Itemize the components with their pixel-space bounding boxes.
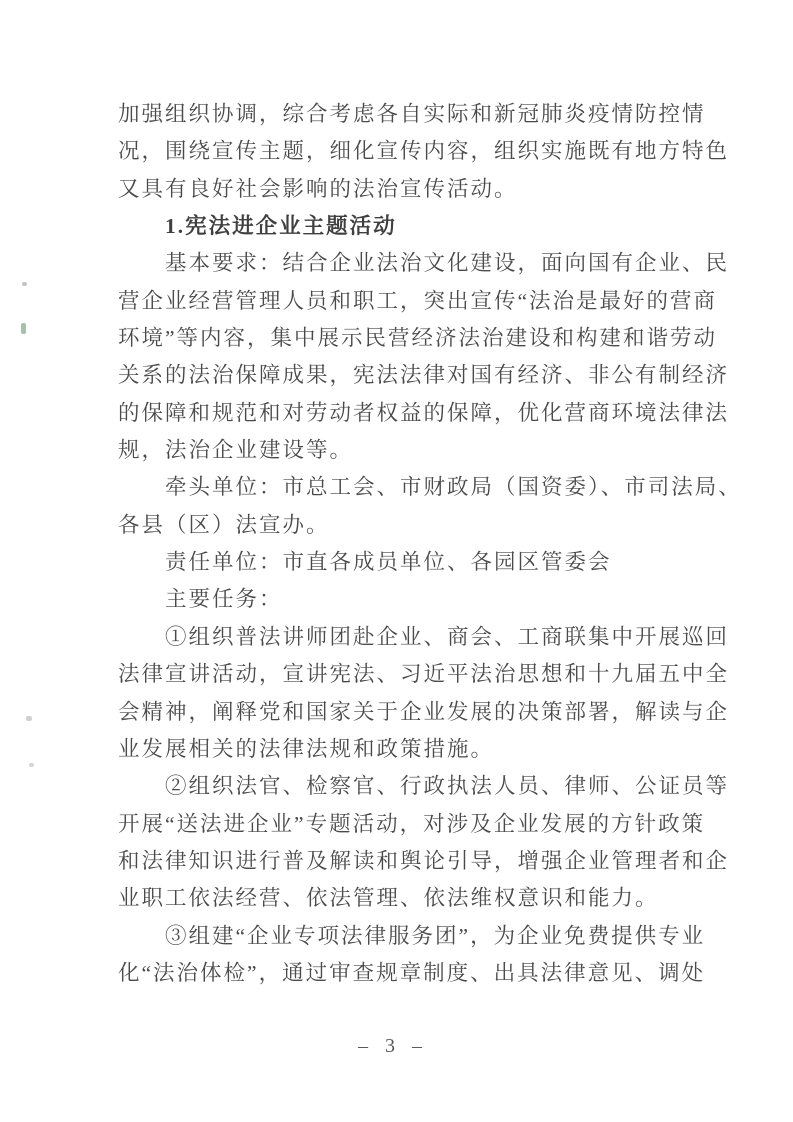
text-line: 主要任务：: [118, 581, 688, 618]
text-line: 化“法治体检”，通过审查规章制度、出具法律意见、调处: [118, 955, 688, 992]
text-line: 开展“送法进企业”专题活动，对涉及企业发展的方针政策: [118, 806, 688, 843]
scan-speck: [22, 282, 27, 286]
scan-speck: [21, 323, 26, 334]
section-heading: 1.宪法进企业主题活动: [118, 208, 688, 245]
document-page: 加强组织协调，综合考虑各自实际和新冠肺炎疫情防控情 况，围绕宣传主题，细化宣传内…: [0, 0, 793, 1122]
text-line: ②组织法官、检察官、行政执法人员、律师、公证员等: [118, 768, 688, 805]
text-line: 况，围绕宣传主题，细化宣传内容，组织实施既有地方特色: [118, 133, 688, 170]
scan-speck: [29, 763, 34, 767]
text-line: 规，法治企业建设等。: [118, 432, 688, 469]
text-line: ①组织普法讲师团赴企业、商会、工商联集中开展巡回: [118, 619, 688, 656]
text-line: 责任单位：市直各成员单位、各园区管委会: [118, 544, 688, 581]
text-line: 会精神，阐释党和国家关于企业发展的决策部署，解读与企: [118, 694, 688, 731]
document-body: 加强组织协调，综合考虑各自实际和新冠肺炎疫情防控情 况，围绕宣传主题，细化宣传内…: [118, 96, 688, 992]
text-line: 各县（区）法宣办。: [118, 507, 688, 544]
text-line: 营企业经营管理人员和职工，突出宣传“法治是最好的营商: [118, 283, 688, 320]
text-line: 加强组织协调，综合考虑各自实际和新冠肺炎疫情防控情: [118, 96, 688, 133]
text-line: 法律宣讲活动，宣讲宪法、习近平法治思想和十九届五中全: [118, 656, 688, 693]
text-line: 关系的法治保障成果，宪法法律对国有经济、非公有制经济: [118, 357, 688, 394]
text-line: 基本要求：结合企业法治文化建设，面向国有企业、民: [118, 245, 688, 282]
scan-speck: [26, 716, 32, 721]
text-line: 环境”等内容，集中展示民营经济法治建设和构建和谐劳动: [118, 320, 688, 357]
text-line: 和法律知识进行普及解读和舆论引导，增强企业管理者和企: [118, 843, 688, 880]
text-line: 又具有良好社会影响的法治宣传活动。: [118, 171, 688, 208]
text-line: 牵头单位：市总工会、市财政局（国资委）、市司法局、: [118, 469, 688, 506]
text-line: ③组建“企业专项法律服务团”，为企业免费提供专业: [118, 918, 688, 955]
page-number: – 3 –: [0, 1035, 786, 1058]
text-line: 业职工依法经营、依法管理、依法维权意识和能力。: [118, 880, 688, 917]
text-line: 的保障和规范和对劳动者权益的保障，优化营商环境法律法: [118, 395, 688, 432]
text-line: 业发展相关的法律法规和政策措施。: [118, 731, 688, 768]
